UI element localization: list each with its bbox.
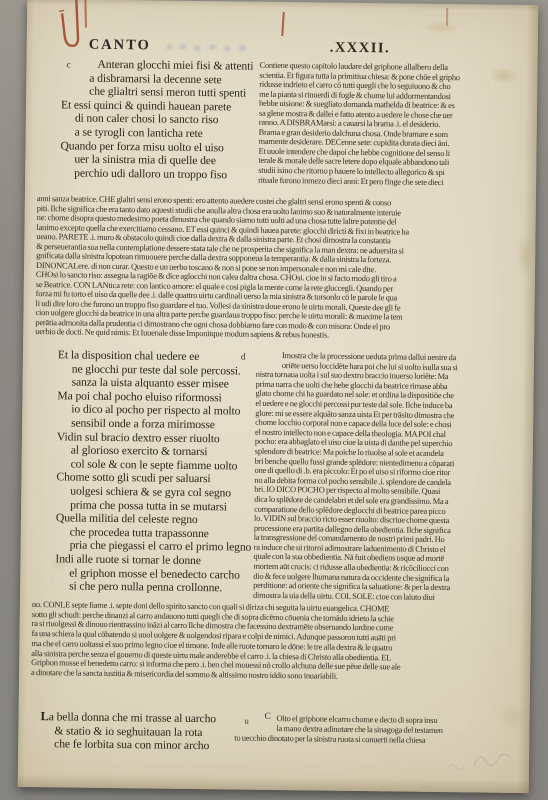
verse-column-1: Anteran glocchi miei fisi & attentia dis… <box>60 57 253 182</box>
paper-stain <box>423 21 459 35</box>
commentary-column-1: Contiene questo capitolo laudare del gri… <box>258 61 537 188</box>
commentary-full-width-2: no. CONLE septe fiame .i. septe doni del… <box>31 600 534 684</box>
verse-line: Anteran glocchi miei fisi & attenti <box>97 58 253 73</box>
commentary-line: dimostra la uia della uirtu. COL SOLE: c… <box>253 591 531 604</box>
photo-backdrop: CANTO .XXXII. c Anteran glocchi miei fis… <box>0 0 548 800</box>
verse-line: che fe lorbita sua con minor archo <box>54 737 216 753</box>
red-ink-stroke <box>446 8 448 26</box>
verse-line: perchio udi dalloro un troppo fiso <box>74 166 252 182</box>
canto-number: .XXXII. <box>330 40 391 58</box>
red-ink-stroke <box>281 12 285 36</box>
stamp-showthrough <box>162 40 258 56</box>
running-title-canto: CANTO <box>89 37 151 55</box>
commentary-column-2: Imostra che la processione ueduta prima … <box>253 351 534 604</box>
verse-column-3: La bella donna che mi trasse al uarcho& … <box>40 710 216 753</box>
book-page: CANTO .XXXII. c Anteran glocchi miei fis… <box>18 0 539 793</box>
guide-letter: d <box>241 353 246 363</box>
verse-column-2: Et la disposition chal uedere eene glocc… <box>55 348 254 595</box>
commentary-line: rituale furono inmezo dieci anni: Et per… <box>258 175 536 188</box>
commentary-full-width-1: anni sanza beatrice. CHE glaltri sensi e… <box>35 194 537 343</box>
verse-line: si che pero nulla penna crollonne. <box>69 580 251 596</box>
pencil-annotation <box>418 737 531 784</box>
